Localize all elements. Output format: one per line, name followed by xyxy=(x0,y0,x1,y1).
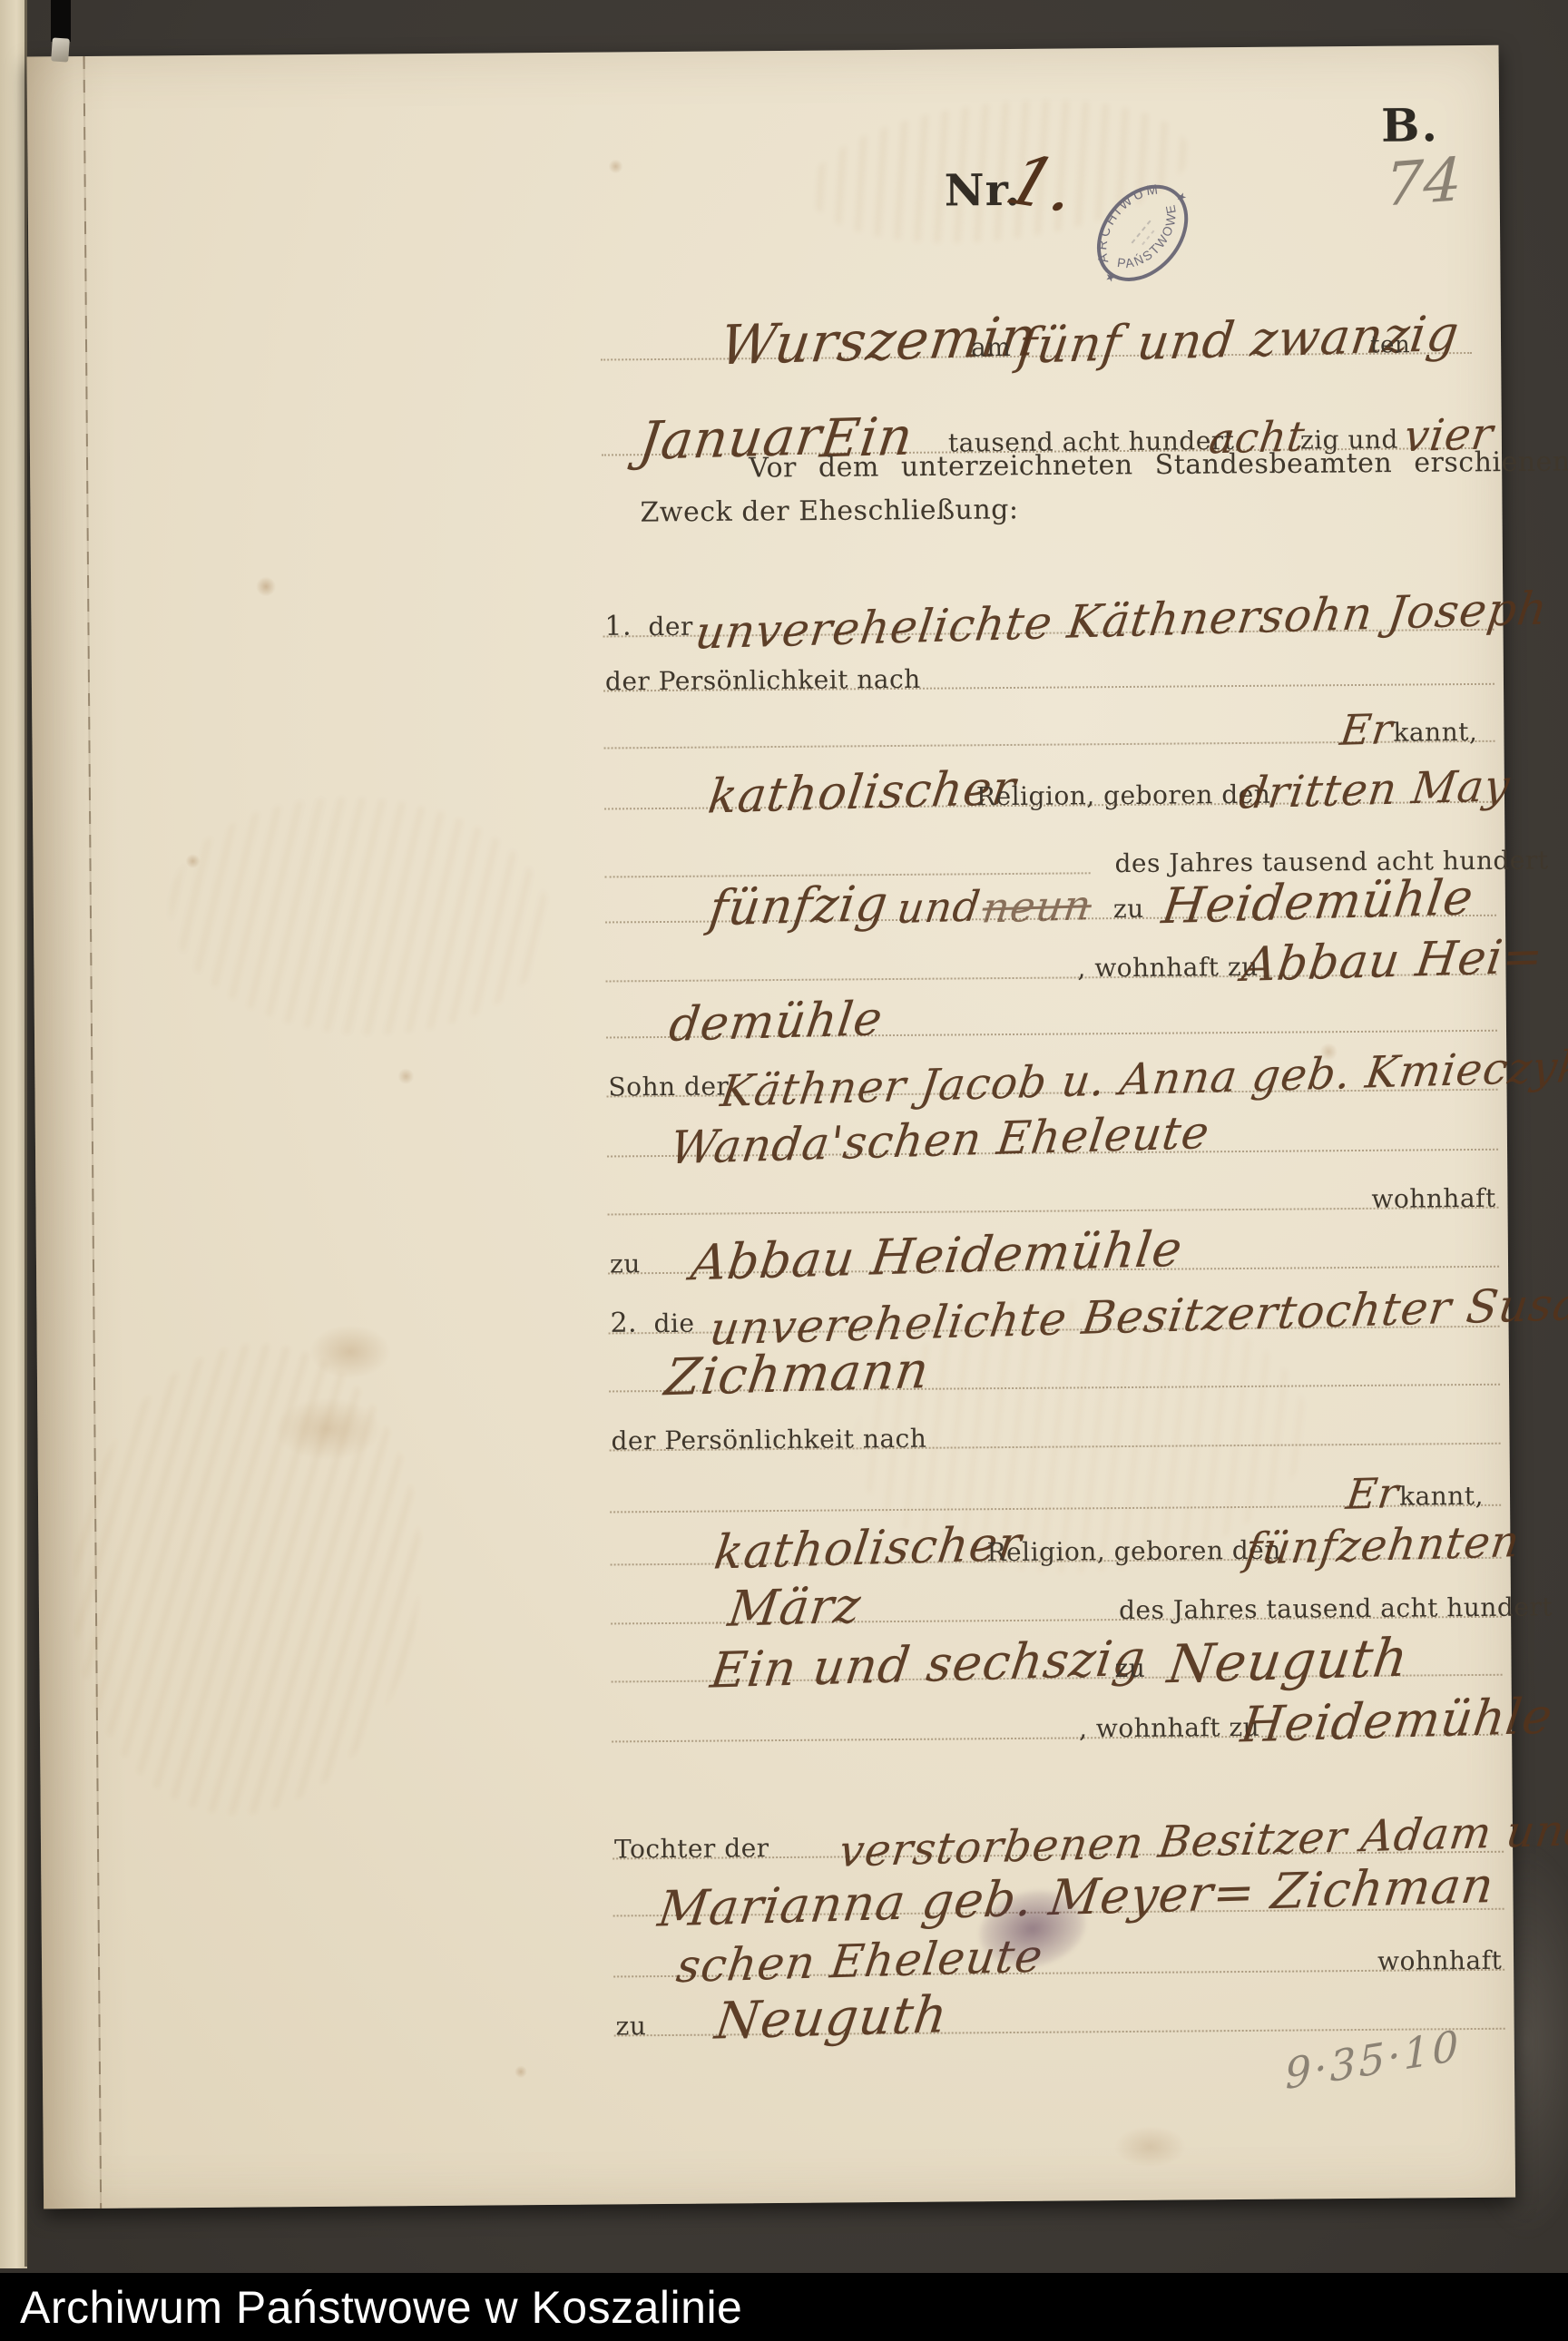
handwritten-entry: Er xyxy=(1344,1472,1402,1515)
printed-form-text: Zweck der Eheschließung: xyxy=(640,496,1018,526)
archive-name-label: Archiwum Państwowe w Koszalinie xyxy=(20,2273,1568,2341)
printed-form-text: zu xyxy=(610,1251,641,1277)
printed-form-text: am xyxy=(971,335,1011,360)
printed-form-text: 2. xyxy=(610,1310,637,1337)
photo-backdrop: B. 74 Nr. 1. ARCHIWUM PAŃSTWOWE ★ xyxy=(0,0,1568,2341)
printed-form-text: wohnhaft xyxy=(1371,1186,1495,1212)
printed-form-text: kannt, xyxy=(1393,720,1477,746)
printed-form-text: Tochter der xyxy=(614,1836,769,1862)
handwritten-entry: dritten May xyxy=(1237,764,1513,816)
caption-bar: Archiwum Państwowe w Koszalinie xyxy=(0,2273,1568,2341)
handwritten-entry: Ein und sechszig xyxy=(708,1634,1148,1696)
handwritten-entry: Neuguth xyxy=(712,1990,951,2048)
handwritten-entry: Zichmann xyxy=(661,1346,932,1405)
handwritten-entry: Wanda'schen Eheleute xyxy=(668,1110,1212,1170)
handwritten-entry: Heidemühle xyxy=(1159,873,1476,931)
handwritten-entry: Abbau Heidemühle xyxy=(689,1225,1186,1288)
printed-form-text: zu xyxy=(1113,896,1144,922)
handwritten-entry: Abbau Hei= xyxy=(1240,933,1546,989)
printed-form-text: wohnhaft xyxy=(1377,1948,1502,1974)
printed-form-text: zu xyxy=(615,2013,646,2039)
handwritten-entry: fünfzig xyxy=(706,879,891,934)
dotted-rule xyxy=(608,1207,1499,1216)
printed-form-text: Religion, geboren den xyxy=(986,1538,1281,1566)
printed-form-text: kannt, xyxy=(1399,1484,1484,1510)
printed-form-text: zu xyxy=(1114,1656,1145,1681)
printed-form-text: Vor dem unterzeichneten Standesbeamten e… xyxy=(749,447,1568,483)
handwritten-entry: Heidemühle xyxy=(1239,1692,1556,1750)
handwritten-entry: Neuguth xyxy=(1165,1631,1412,1690)
handwritten-entry: Er xyxy=(1338,708,1396,751)
printed-form-text: , wohnhaft zu xyxy=(1077,955,1258,982)
binding-fastener xyxy=(51,37,70,62)
printed-form-text: der xyxy=(648,614,693,640)
handwritten-entry: Käthner Jacob u. Anna geb. Kmieczyk xyxy=(719,1045,1568,1114)
printed-form-text: die xyxy=(653,1311,694,1337)
printed-form-text: , wohnhaft zu xyxy=(1079,1715,1259,1742)
printed-form-text: des Jahres tausend acht hundert xyxy=(1119,1594,1553,1623)
handwritten-entry: unverehelichte Käthnersohn Joseph Wanda xyxy=(692,581,1568,656)
handwritten-entry: katholischer xyxy=(711,1521,1024,1577)
binding-gutter-strip xyxy=(0,0,27,2268)
printed-form-text: 1. xyxy=(604,613,632,641)
printed-form-text: Sohn der xyxy=(608,1073,729,1100)
handwritten-entry: katholischer xyxy=(706,765,1019,821)
form-lines: Wurszeminamfünf und zwanzigtenJanuarEint… xyxy=(27,45,1516,2209)
printed-form-text: der Persönlichkeit nach xyxy=(611,1426,926,1455)
printed-form-text: der Persönlichkeit nach xyxy=(605,667,921,695)
handwritten-entry: fünfzehnten xyxy=(1242,1520,1523,1572)
printed-form-text: ten xyxy=(1370,333,1410,357)
binding-notch xyxy=(51,0,71,42)
handwritten-entry: und xyxy=(895,885,984,929)
handwritten-entry: neun xyxy=(980,884,1094,929)
handwritten-entry: demühle xyxy=(667,995,886,1049)
register-page: B. 74 Nr. 1. ARCHIWUM PAŃSTWOWE ★ xyxy=(27,45,1516,2209)
binding-slit xyxy=(24,0,27,2267)
handwritten-entry: unverehelichte Besitzertochter Susanna xyxy=(707,1278,1568,1352)
handwritten-entry: März xyxy=(726,1582,865,1634)
printed-form-text: Religion, geboren den xyxy=(976,782,1271,810)
